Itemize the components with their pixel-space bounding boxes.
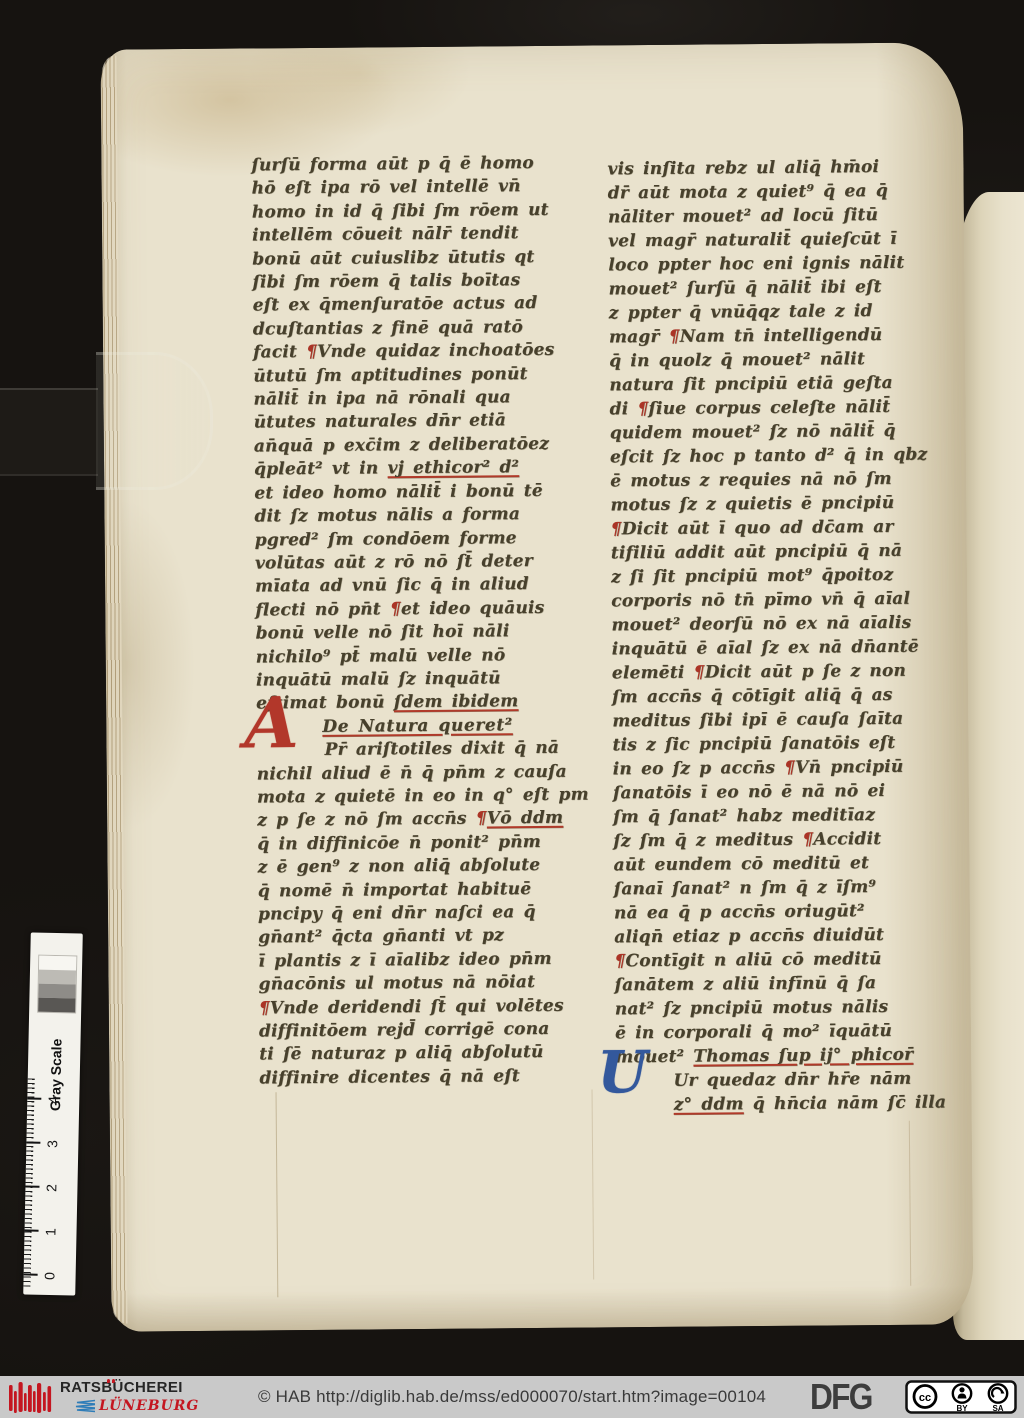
ruler-major-tick: [27, 1097, 41, 1099]
manuscript-line: eſt ex q̄menſuratōe actus ad: [253, 292, 585, 318]
manuscript-line: tis z ſic pncipiū ſanatōis eſt: [612, 730, 943, 757]
ruler-major-tick: [25, 1229, 39, 1231]
manuscript-line: z ſi ſit pncipiū mot⁹ q̄poitoz: [611, 562, 942, 589]
manuscript-line: quidem mouet² ſz nō nālit̄ q̄: [610, 418, 941, 445]
manuscript-line: nālit̄ in ipa nā rōnali qua: [253, 386, 585, 412]
ruler-number: 4: [45, 1096, 61, 1104]
manuscript-line: ſurſū forma aūt p q̄ ē homo: [251, 152, 583, 178]
manuscript-line: elemēti ¶Dicit aūt p ſe z non: [612, 658, 943, 685]
manuscript-line: tifiliū addit aūt pncipiū q̄ nā: [611, 538, 942, 565]
dfg-logo: DFG: [810, 1378, 872, 1416]
manuscript-line: natura ſit pncipiū etiā geſta: [609, 370, 940, 397]
manuscript-line: mouet² ſurſū q̄ nālit̄ ibi eſt: [608, 274, 939, 301]
manuscript-line: z ē gen⁹ z non aliq̄ abſolute: [257, 854, 589, 880]
photo-stage: ſurſū forma aūt p q̄ ē homohō eſt ipa rō…: [0, 0, 1024, 1418]
svg-text:cc: cc: [919, 1392, 931, 1404]
manuscript-line: ſm accn̄s q̄ cōtīgit aliq̄ q̄ as: [612, 682, 943, 709]
manuscript-line: nā ea q̄ p accn̄s oriugūt²: [614, 898, 945, 925]
manuscript-line: inquātū ē aīal ſz ex nā dn̄antē: [612, 634, 943, 661]
manuscript-line: bonū velle nō ſit hoī nāli: [255, 620, 587, 646]
text-column-right: vis inſita rebz ul aliq̄ hm̄oidr̄ aūt mo…: [607, 154, 946, 1117]
manuscript-line: aliqn̄ etiaz p accn̄s diuidūt: [614, 922, 945, 949]
page-holder-clip: [96, 352, 213, 490]
manuscript-line: intellēm cōueit nālr̄ tendit: [252, 222, 584, 248]
manuscript-line: ī plantis z ī aīalibz ideo pn̄m: [258, 947, 590, 973]
manuscript-line: loco ppter hoc eni ignis nālit: [608, 250, 939, 277]
footer-bar: RATSBÜCHEREI LÜNEBURG © HAB http://digli…: [0, 1376, 1024, 1418]
manuscript-line: ¶Dicit aūt ī quo ad dc̄am ar: [611, 514, 942, 541]
ruler-major-tick: [25, 1185, 39, 1187]
ruler-number: 0: [41, 1272, 57, 1280]
manuscript-line: ē motus z requies nā nō ſm: [610, 466, 941, 493]
manuscript-line: gn̄acōnis ul motus nā nōiat: [258, 971, 590, 997]
manuscript-line: z p ſe z nō ſm accn̄s ¶Vō ddm: [257, 807, 589, 833]
ruler-number: 2: [43, 1184, 59, 1192]
ruler-major-tick: [26, 1141, 40, 1143]
gray-scale-patch: [37, 955, 77, 1014]
manuscript-line: mīata ad vnū ſic q̄ in aliud: [255, 573, 587, 599]
ruler-number: 1: [42, 1228, 58, 1236]
manuscript-line: ūtutū ſm aptitudines ponūt: [253, 362, 585, 388]
manuscript-line: mouet² deorſū nō ex nā aīalis: [611, 610, 942, 637]
manuscript-line: mota z quietē in eo in q° eſt pm: [257, 784, 589, 810]
ruling-line: [592, 1090, 595, 1280]
manuscript-line: dr̄ aūt mota z quiet⁹ q̄ ea q̄: [608, 178, 939, 205]
gray-scale-band: [38, 998, 75, 1013]
svg-text:BY: BY: [956, 1404, 968, 1413]
gray-scale-band: [38, 984, 75, 999]
manuscript-line: Ur quedaz dn̄r hr̄e nām: [615, 1066, 946, 1093]
manuscript-line: hō eſt ipa rō vel intellē vn̄: [252, 175, 584, 201]
manuscript-line: inquātū malū ſz inquātū: [256, 666, 588, 692]
text-column-left: ſurſū forma aūt p q̄ ē homohō eſt ipa rō…: [251, 152, 591, 1091]
manuscript-line: q̄ in quolz q̄ mouet² nālit: [609, 346, 940, 373]
manuscript-line: dcuſtantias z finē quā ratō: [253, 315, 585, 341]
ruling-line: [276, 1092, 279, 1297]
manuscript-line: vis inſita rebz ul aliq̄ hm̄oi: [607, 154, 938, 181]
manuscript-line: nichilo⁹ pt̄ malū velle nō: [256, 643, 588, 669]
manuscript-line: nat² ſz pncipiū motus nālis: [615, 994, 946, 1021]
manuscript-line: flecti nō pn̄t ¶et ideo quāuis: [255, 596, 587, 622]
page-block-edges: [101, 56, 127, 1324]
manuscript-line: nichil aliud ē n̄ q̄ pn̄m z cauſa: [257, 760, 589, 786]
gray-scale-band: [39, 970, 76, 985]
manuscript-line: ti ſē naturaz p aliq̄ abſolutū: [259, 1041, 591, 1067]
manuscript-line: ſm q̄ ſanat² habz meditīaz: [613, 802, 944, 829]
ruler-number: 3: [44, 1140, 60, 1148]
manuscript-line: ſanaī ſanat² n ſm q̄ z īſm⁹: [614, 874, 945, 901]
manuscript-line: z ppter q̄ vnūq̄qz tale z id: [609, 298, 940, 325]
manuscript-line: eſcit ſz hoc p tanto d² q̄ in qbz: [610, 442, 941, 469]
umlaut-dots: [107, 1379, 117, 1383]
svg-text:SA: SA: [992, 1404, 1003, 1413]
cc-by-sa-badge: cc BY SA: [905, 1380, 1017, 1414]
manuscript-line: in eo ſz p accn̄s ¶Vn̄ pncipiū: [613, 754, 944, 781]
manuscript-line: z° ddm q̄ hn̄cia nām ſc̄ illa: [616, 1090, 947, 1117]
manuscript-line: pgred² ſm condōem forme: [255, 526, 587, 552]
manuscript-line: q̄pleāt² vt in vj ethicor² d²: [254, 456, 586, 482]
manuscript-line: motus ſz z quietis ē pncipiū: [610, 490, 941, 517]
manuscript-line: mouet² Thomas ſup ij° phicor̄: [615, 1042, 946, 1069]
manuscript-line: vel magr̄ naturalit̄ quieſcūt ī: [608, 226, 939, 253]
manuscript-line: ē in corporali q̄ mo² īquātū: [615, 1018, 946, 1045]
manuscript-line: Pr̄ ariſtotiles dixit q̄ nā: [256, 737, 588, 763]
manuscript-line: magr̄ ¶Nam tn̄ intelligendū: [609, 322, 940, 349]
ruler-major-tick: [24, 1273, 38, 1275]
manuscript-line: meditus ſibi ipī ē cauſa ſaīta: [612, 706, 943, 733]
gray-scale-band: [39, 956, 76, 971]
manuscript-line: bonū aūt cuiuslibz ūtutis qt: [252, 245, 584, 271]
manuscript-line: diffinire dicentes q̄ nā eſt: [259, 1064, 591, 1090]
manuscript-line: ſibi ſm rōem q̄ talis boītas: [252, 269, 584, 295]
manuscript-line: an̄quā p exc̄im z deliberatōez: [254, 432, 586, 458]
manuscript-line: ſanātem z aliū infīnū q̄ ſa: [615, 970, 946, 997]
manuscript-line: volūtas aūt z rō nō ſt̄ deter: [255, 549, 587, 575]
manuscript-line: ¶Contīgit n aliū cō meditū: [614, 946, 945, 973]
ruler-ticks: [23, 1078, 34, 1286]
manuscript-line: di ¶ſiue corpus celeſte nālit̄: [609, 394, 940, 421]
manuscript-line: q̄ in diffinicōe n̄ ponit² pn̄m: [257, 830, 589, 856]
manuscript-line: ſz ſm q̄ z meditus ¶Accidit: [613, 826, 944, 853]
manuscript-line: aūt eundem cō meditū et: [613, 850, 944, 877]
page-holder-arm: [0, 388, 98, 476]
manuscript-line: ¶Vnde deridendi ſt̄ qui volētes: [259, 994, 591, 1020]
manuscript-line: corporis nō tn̄ pīmo vn̄ q̄ aīal: [611, 586, 942, 613]
manuscript-line: facit ¶Vnde quidaz inchoatōes: [253, 339, 585, 365]
initial-letter-blue: U: [597, 1043, 648, 1101]
manuscript-line: et ideo homo nālit̄ i bonū tē: [254, 479, 586, 505]
manuscript-line: nāliter mouet² ad locū ſitū: [608, 202, 939, 229]
manuscript-line: pncipy q̄ eni dn̄r naſci ea q̄: [258, 901, 590, 927]
manuscript-line: gn̄ant² q̄cta gn̄anti vt pz: [258, 924, 590, 950]
manuscript-line: q̄ nomē n̄ importat habituē: [258, 877, 590, 903]
manuscript-page: ſurſū forma aūt p q̄ ē homohō eſt ipa rō…: [100, 42, 973, 1331]
manuscript-line: ūtutes naturales dn̄r etiā: [254, 409, 586, 435]
ruling-line: [909, 1121, 911, 1286]
manuscript-line: homo in id q̄ ſibi ſm rōem ut: [252, 198, 584, 224]
initial-letter-red: A: [244, 688, 299, 758]
manuscript-line: De Natura queret²: [256, 713, 588, 739]
manuscript-line: ſanatōis ī eo nō ē nā nō ei: [613, 778, 944, 805]
manuscript-line: diffinitōem rejd̄ corrigē cona: [259, 1018, 591, 1044]
manuscript-line: eſtimat bonū ſdem ibidem: [256, 690, 588, 716]
gray-scale-ruler: Gray Scale 43210: [23, 932, 83, 1295]
manuscript-line: dit ſz motus nālis a forma: [254, 503, 586, 529]
